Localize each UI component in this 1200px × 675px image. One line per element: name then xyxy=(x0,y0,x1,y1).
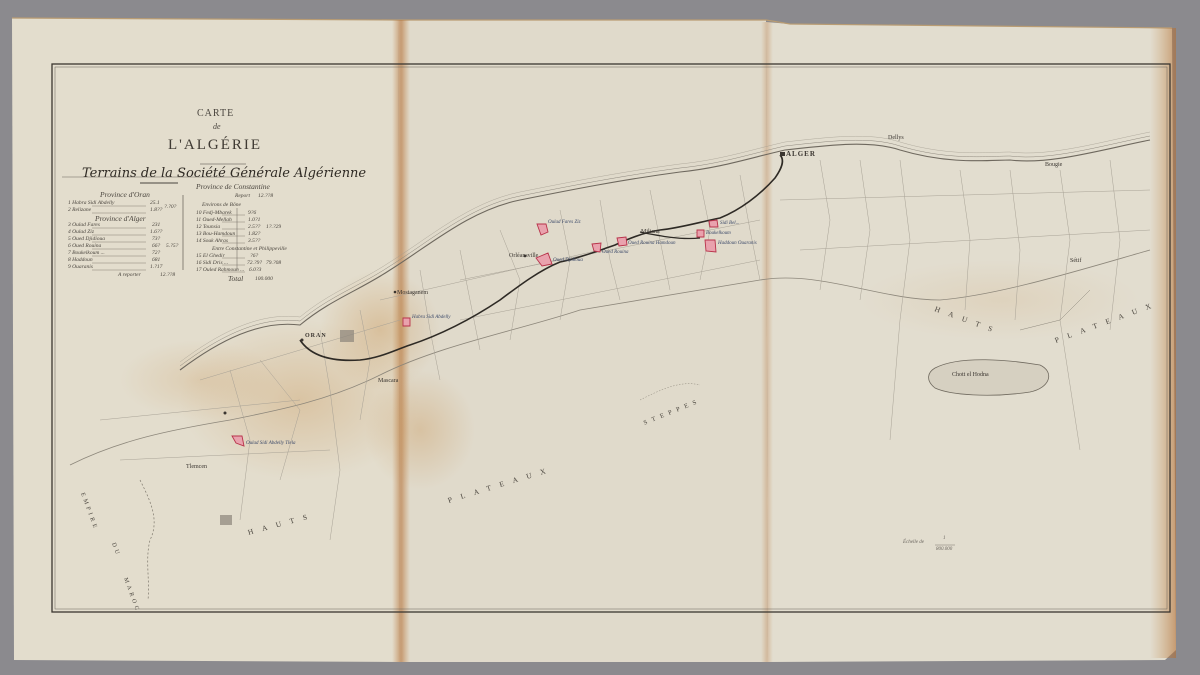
legend-report-value: 12.??8 xyxy=(258,193,273,199)
legend-row: 17 Ouled Rahmoun ... xyxy=(196,267,244,273)
legend-row: 12 Tounsia xyxy=(196,224,220,230)
legend-row: 7 Boukelkoum ... xyxy=(68,250,105,256)
legend-total-value: 100.000 xyxy=(255,276,273,282)
legend-row: 9 Ouaranis xyxy=(68,264,93,270)
scale-label: Échelle de xyxy=(903,540,924,545)
terrain-label: Boukelkoum xyxy=(706,231,731,236)
legend-total-label: Total xyxy=(228,274,243,283)
city-miliana: Miliana xyxy=(641,229,660,235)
scale-numerator: 1 xyxy=(943,536,946,541)
legend-subtotal: ?.?0? xyxy=(164,204,176,210)
legend-subtotal: 1?.?29 xyxy=(266,224,281,230)
legend-value: 72.?9? xyxy=(247,260,262,266)
title-algerie: L'ALGÉRIE xyxy=(168,137,262,154)
legend-heading-alger: Province d'Alger xyxy=(95,214,146,223)
legend-row: 1 Habra Sidi Abdelly xyxy=(68,200,115,206)
terrain-label: Habra Sidi Abdelly xyxy=(412,315,451,320)
terrain-label: Oued Rouina xyxy=(602,250,629,255)
city-orleansville: Orléansville xyxy=(509,253,538,259)
lake-hodna: Chott el Hodna xyxy=(952,372,989,378)
legend-row: 15 El Ghedir xyxy=(196,253,225,259)
city-mascara: Mascara xyxy=(378,378,398,384)
legend-row: 3 Oulad Fares xyxy=(68,222,100,228)
legend-report-label: Report xyxy=(235,193,250,199)
terrain-label: Sidi Bel... xyxy=(720,221,739,226)
legend-value: 6.0?3 xyxy=(249,267,261,273)
city-setif: Sétif xyxy=(1070,258,1081,264)
terrain-label: Oued Djidioua xyxy=(553,258,583,263)
legend-row: 5 Oued Djidioua xyxy=(68,236,105,242)
legend-group1-heading: Environs de Bône xyxy=(202,202,241,208)
legend-row: 11 Oued-Mellah xyxy=(196,217,232,223)
map-paper xyxy=(0,0,1200,675)
legend-row: 13 Bou-Hamdoun xyxy=(196,231,235,237)
map-sheet: CARTE de L'ALGÉRIE Terrains de la Sociét… xyxy=(0,0,1200,675)
legend-row: 4 Oulad Ziz xyxy=(68,229,94,235)
legend-value: 73? xyxy=(152,236,160,242)
legend-heading-oran: Province d'Oran xyxy=(100,190,150,199)
legend-value: 1.8?? xyxy=(150,207,162,213)
city-alger: ALGER xyxy=(786,150,816,158)
legend-value: ?6? xyxy=(250,253,258,259)
legend-value: 1.?17 xyxy=(150,264,162,270)
title-de: de xyxy=(213,122,221,131)
city-bougie: Bougie xyxy=(1045,162,1062,168)
city-oran: ORAN xyxy=(305,333,327,339)
legend-row: 10 Fedj-Mbarek xyxy=(196,210,232,216)
city-tlemcen: Tlemcen xyxy=(186,464,207,470)
terrain-label: Oulad Fares Ziz xyxy=(548,220,581,225)
legend-value: 1.82? xyxy=(248,231,260,237)
legend-value: 66? xyxy=(152,243,160,249)
legend-value: 231 xyxy=(152,222,160,228)
legend-value: 1.0?1 xyxy=(248,217,260,223)
legend-heading-constantine: Province de Constantine xyxy=(196,182,270,191)
legend-value: 25.1 xyxy=(150,200,160,206)
legend-value: 1.6?? xyxy=(150,229,162,235)
terrain-label: Oued Rouina Hamdoun xyxy=(628,241,676,246)
terrain-label: Oulad Sidi Abdelly Tlela xyxy=(246,441,296,446)
city-dellys: Dellys xyxy=(888,135,904,141)
legend-row: 8 Haddoun xyxy=(68,257,93,263)
legend-subtotal: 5.?5? xyxy=(166,243,178,249)
legend-total-value: 12.??8 xyxy=(160,272,175,278)
legend-total-label: A reporter xyxy=(118,272,141,278)
legend-row: 6 Oued Rouina xyxy=(68,243,101,249)
legend-row: 14 Souk Ahras xyxy=(196,238,228,244)
legend-subtotal: 79.?08 xyxy=(266,260,281,266)
legend-group2-heading: Entre Constantine et Philippeville xyxy=(212,246,287,252)
city-mostaganem: Mostaganem xyxy=(397,290,428,296)
scale-denominator: 800.000 xyxy=(936,547,952,552)
legend-value: 72? xyxy=(152,250,160,256)
legend-row: 16 Sidi Dris ... xyxy=(196,260,228,266)
legend-value: 9?6 xyxy=(248,210,256,216)
legend-subtitle: Terrains de la Société Générale Algérien… xyxy=(82,166,366,181)
legend-row: 2 Relizane xyxy=(68,207,91,213)
terrain-label: Haddoun Ouaranis xyxy=(718,241,757,246)
legend-value: 2.5?? xyxy=(248,224,260,230)
legend-value: 681 xyxy=(152,257,160,263)
legend-value: 3.5?? xyxy=(248,238,260,244)
title-carte: CARTE xyxy=(197,108,234,119)
